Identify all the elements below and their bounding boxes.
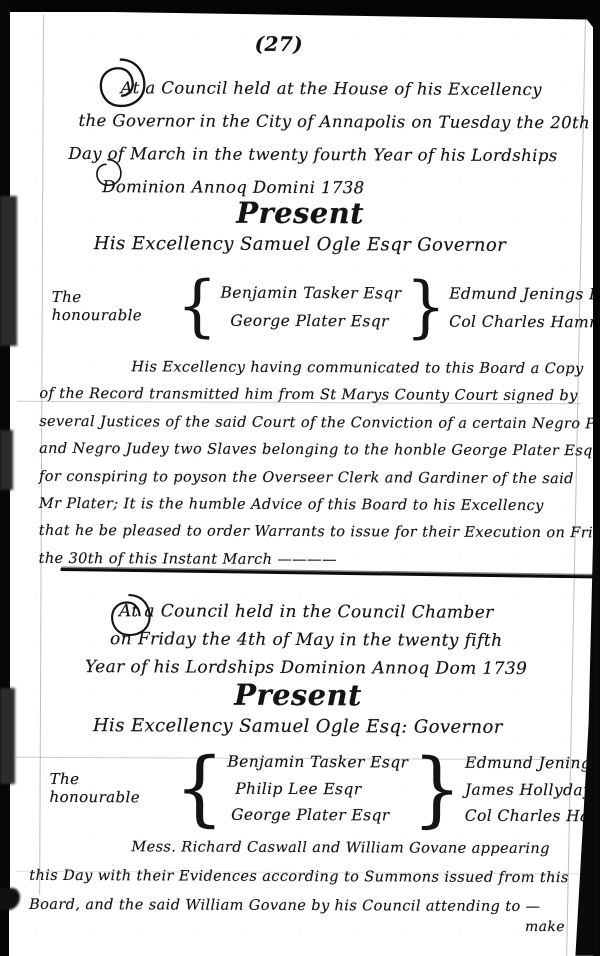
present-heading: Present (8, 195, 592, 232)
right-brace: } (409, 749, 465, 831)
honourable-label: The honourable (52, 288, 174, 325)
body-line: Mr Plater; It is the humble Advice of th… (39, 491, 599, 521)
governor-line: His Excellency Samuel Ogle Esqr Governor (8, 233, 592, 257)
body-line: His Excellency having communicated to th… (39, 354, 599, 384)
body-line: of the Record transmitted him from St Ma… (39, 381, 599, 411)
body-line: and Negro Judey two Slaves belonging to … (39, 436, 599, 466)
catchword: make (525, 919, 565, 935)
page-content: (27) At a Council held at the House of h… (5, 11, 593, 956)
manuscript-page: (27) At a Council held at the House of h… (9, 12, 593, 956)
right-brace: } (402, 274, 449, 341)
council-left-column: Benjamin Tasker Esqr Philip Lee Esqr Geo… (227, 749, 409, 829)
heading-line: Day of March in the twenty fourth Year o… (68, 137, 528, 172)
entry2-heading: At a Council held in the Council Chamber… (26, 597, 586, 683)
left-brace: { (171, 747, 227, 829)
body-line: this Day with their Evidences according … (29, 862, 593, 893)
council-member-name: George Plater Esqr (227, 802, 409, 829)
council-member-name: Edmund Jenings Esqr (449, 280, 600, 309)
present-heading: Present (6, 677, 590, 714)
council-right-column: Edmund Jenings Esqr Col Charles Hammond (449, 280, 600, 337)
heading-line: At a Council held at the House of his Ex… (69, 71, 529, 106)
council-attendees: The honourable { Benjamin Tasker Esqr Ge… (52, 265, 580, 349)
council-member-name: Col Charles Hammond (449, 308, 600, 337)
council-member-name: Benjamin Tasker Esqr (220, 279, 402, 308)
heading-line: on Friday the 4th of May in the twenty f… (26, 625, 586, 655)
body-line: that he be pleased to order Warrants to … (39, 518, 599, 548)
council-left-column: Benjamin Tasker Esqr George Plater Esqr (220, 279, 402, 336)
body-line: Board, and the said William Govane by hi… (29, 891, 593, 922)
body-line: several Justices of the said Court of th… (39, 409, 599, 439)
scan-smudge (0, 196, 17, 346)
council-right-column: Edmund Jenings Esqr James Hollyday Esqr … (465, 750, 600, 830)
heading-line: the Governor in the City of Annapolis on… (68, 104, 528, 139)
council-member-name: George Plater Esqr (220, 307, 402, 336)
entry1-body-paragraph: His Excellency having communicated to th… (39, 354, 600, 576)
heading-line: At a Council held in the Council Chamber (26, 597, 586, 627)
council-member-name: Benjamin Tasker Esqr (227, 749, 409, 776)
scan-smudge (0, 688, 15, 784)
page-number: (27) (189, 32, 369, 57)
council-member-name: Philip Lee Esqr (227, 775, 409, 802)
council-member-name: Col Charles Hammond (465, 803, 600, 830)
body-line: for conspiring to poyson the Overseer Cl… (39, 463, 599, 493)
left-brace: { (174, 273, 221, 340)
entry1-heading: At a Council held at the House of his Ex… (68, 71, 529, 205)
entry2-body-paragraph: Mess. Richard Caswall and William Govane… (29, 833, 593, 922)
honourable-label: The honourable (50, 770, 172, 807)
council-attendees: The honourable { Benjamin Tasker Esqr Ph… (49, 745, 577, 833)
council-member-name: Edmund Jenings Esqr (465, 750, 600, 777)
council-member-name: James Hollyday Esqr (465, 776, 600, 803)
body-line: Mess. Richard Caswall and William Govane… (29, 833, 593, 864)
governor-line: His Excellency Samuel Ogle Esq: Governor (6, 715, 590, 739)
scan-smudge (0, 430, 13, 490)
